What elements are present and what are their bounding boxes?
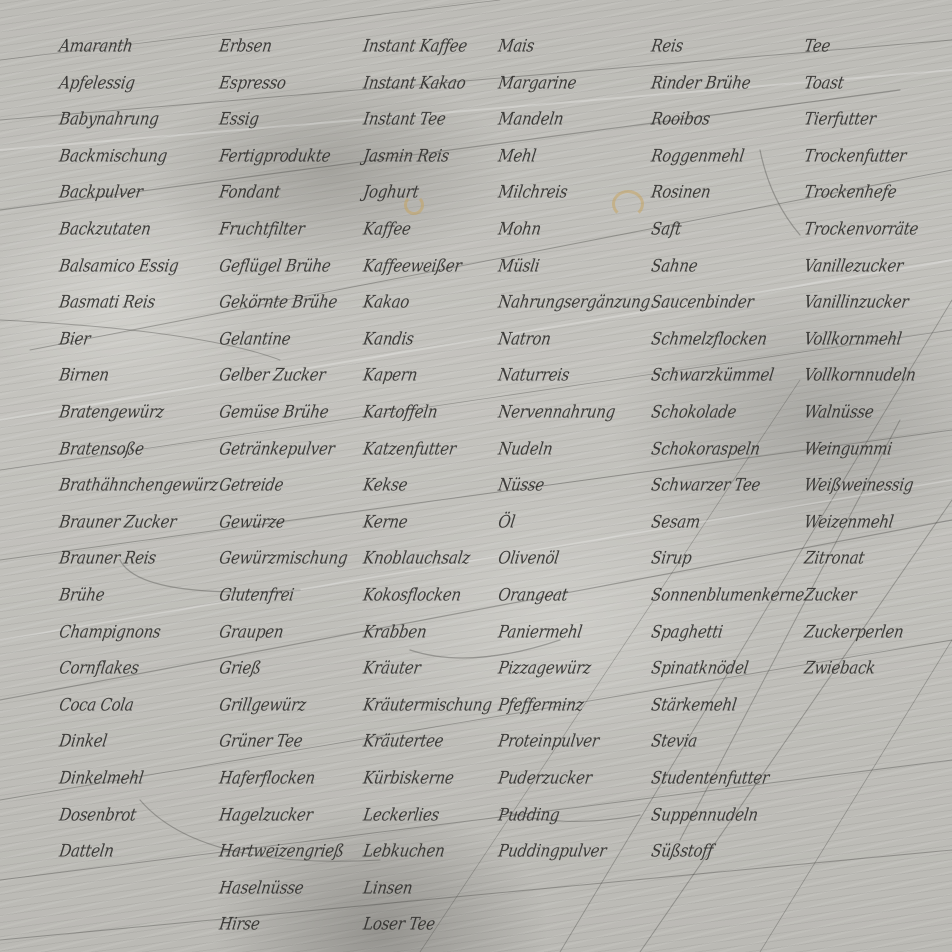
handwritten-word: Milchreis — [497, 182, 569, 203]
handwritten-word: Vollkornmehl — [803, 328, 903, 349]
handwritten-word: Mehl — [497, 145, 537, 166]
handwritten-word: Roggenmehl — [650, 145, 746, 166]
handwritten-word: Babynahrung — [58, 108, 160, 129]
handwritten-word: Nervennahrung — [497, 401, 617, 422]
handwritten-word: Kräutertee — [362, 731, 445, 752]
handwritten-word: Reis — [650, 35, 684, 56]
handwritten-word: Amaranth — [58, 35, 134, 56]
handwritten-word: Kakao — [362, 291, 411, 312]
handwritten-word: Lebkuchen — [362, 840, 446, 861]
handwritten-word: Haferflocken — [218, 767, 316, 788]
handwritten-word: Jasmin Reis — [362, 145, 450, 166]
handwritten-word: Schwarzkümmel — [650, 365, 775, 386]
handwritten-word: Nudeln — [497, 438, 554, 459]
handwritten-word: Gemüse Brühe — [218, 401, 330, 422]
handwritten-word: Brathähnchengewürz — [58, 474, 219, 495]
handwritten-word: Essig — [218, 108, 260, 129]
handwritten-word: Spaghetti — [650, 621, 724, 642]
handwritten-word: Gelantine — [218, 328, 292, 349]
handwritten-word: Weißweinessig — [803, 474, 915, 495]
handwritten-word: Rooibos — [650, 108, 711, 129]
handwritten-word: Walnüsse — [803, 401, 875, 422]
handwritten-word: Kaffee — [362, 218, 412, 239]
handwritten-word: Rosinen — [650, 182, 712, 203]
handwritten-word: Dinkel — [58, 731, 108, 752]
handwritten-word: Trockenfutter — [803, 145, 908, 166]
handwritten-word: Hartweizengrieß — [218, 840, 345, 861]
handwritten-word: Brühe — [58, 584, 106, 605]
handwritten-word: Getränkepulver — [218, 438, 336, 459]
handwritten-word: Kürbiskerne — [362, 767, 455, 788]
handwritten-word: Pudding — [497, 804, 561, 825]
handwritten-word: Mais — [497, 35, 536, 56]
handwritten-word: Bratensoße — [58, 438, 145, 459]
handwritten-word: Champignons — [58, 621, 162, 642]
handwritten-word: Sesam — [650, 511, 701, 532]
handwritten-word: Puddingpulver — [497, 840, 608, 861]
handwritten-word: Rinder Brühe — [650, 72, 752, 93]
handwritten-word: Saucenbinder — [650, 291, 755, 312]
handwritten-word: Vanillezucker — [803, 255, 904, 276]
handwritten-word: Joghurt — [362, 182, 420, 203]
handwritten-word: Hirse — [218, 914, 261, 935]
handwritten-word: Gekörnte Brühe — [218, 291, 339, 312]
handwritten-word: Kräuter — [362, 657, 422, 678]
handwritten-word: Bier — [58, 328, 92, 349]
handwritten-word: Schwarzer Tee — [650, 474, 762, 495]
handwritten-word: Nüsse — [497, 474, 545, 495]
handwritten-word: Dinkelmehl — [58, 767, 145, 788]
handwritten-word: Öl — [497, 511, 516, 532]
handwritten-word: Brauner Reis — [58, 548, 157, 569]
handwritten-word: Vollkornnudeln — [803, 365, 917, 386]
handwritten-word: Hagelzucker — [218, 804, 314, 825]
handwritten-word: Apfelessig — [58, 72, 136, 93]
handwritten-word: Birnen — [58, 365, 110, 386]
handwritten-word: Pfefferminz — [497, 694, 585, 715]
handwritten-word: Cornflakes — [58, 657, 140, 678]
handwritten-word: Schokolade — [650, 401, 738, 422]
handwritten-word: Zwieback — [803, 657, 876, 678]
handwritten-word: Tee — [803, 35, 832, 56]
handwritten-word: Brauner Zucker — [58, 511, 178, 532]
handwritten-word: Instant Kaffee — [362, 35, 468, 56]
handwritten-word: Erbsen — [218, 35, 273, 56]
handwritten-word: Kandis — [362, 328, 415, 349]
handwritten-word: Vanillinzucker — [803, 291, 910, 312]
handwritten-word: Backzutaten — [58, 218, 152, 239]
handwritten-word: Espresso — [218, 72, 287, 93]
handwritten-word: Naturreis — [497, 365, 571, 386]
handwritten-word: Spinatknödel — [650, 657, 750, 678]
handwritten-word: Tierfutter — [803, 108, 877, 129]
handwritten-word: Sahne — [650, 255, 699, 276]
handwritten-word: Kaffeeweißer — [362, 255, 463, 276]
coffee-stain — [612, 190, 644, 218]
handwritten-word: Glutenfrei — [218, 584, 295, 605]
handwritten-word: Datteln — [58, 840, 115, 861]
handwritten-word: Natron — [497, 328, 552, 349]
handwritten-word: Kekse — [362, 474, 409, 495]
handwritten-word: Geflügel Brühe — [218, 255, 332, 276]
handwritten-word: Müsli — [497, 255, 541, 276]
handwritten-word: Instant Tee — [362, 108, 447, 129]
handwritten-word: Studentenfutter — [650, 767, 770, 788]
handwritten-word: Stevia — [650, 731, 699, 752]
handwritten-word: Puderzucker — [497, 767, 593, 788]
handwritten-word: Balsamico Essig — [58, 255, 180, 276]
handwritten-word: Kräutermischung — [362, 694, 493, 715]
handwritten-word: Weizenmehl — [803, 511, 895, 532]
handwritten-word: Dosenbrot — [58, 804, 137, 825]
handwritten-word: Gelber Zucker — [218, 365, 327, 386]
handwritten-word: Margarine — [497, 72, 578, 93]
handwritten-word: Kokosflocken — [362, 584, 462, 605]
handwritten-word: Nahrungsergänzung — [497, 291, 651, 312]
handwritten-word: Fondant — [218, 182, 281, 203]
handwritten-word: Basmati Reis — [58, 291, 156, 312]
handwritten-word: Sirup — [650, 548, 693, 569]
handwritten-word: Gewürzmischung — [218, 548, 349, 569]
handwritten-word: Kapern — [362, 365, 419, 386]
handwritten-word: Paniermehl — [497, 621, 583, 642]
handwritten-word: Suppennudeln — [650, 804, 759, 825]
handwritten-word: Zuckerperlen — [803, 621, 905, 642]
handwritten-word: Fertigprodukte — [218, 145, 332, 166]
handwritten-word: Loser Tee — [362, 914, 436, 935]
handwritten-word: Stärkemehl — [650, 694, 738, 715]
handwritten-word: Trockenhefe — [803, 182, 898, 203]
handwritten-word: Zucker — [803, 584, 858, 605]
handwritten-word: Bratengewürz — [58, 401, 165, 422]
handwritten-word: Schmelzflocken — [650, 328, 768, 349]
handwritten-word: Mohn — [497, 218, 542, 239]
handwritten-word: Mandeln — [497, 108, 565, 129]
handwritten-word: Grüner Tee — [218, 731, 304, 752]
handwritten-word: Katzenfutter — [362, 438, 457, 459]
handwritten-word: Zitronat — [803, 548, 866, 569]
handwritten-word: Trockenvorräte — [803, 218, 920, 239]
handwritten-word: Graupen — [218, 621, 285, 642]
handwritten-word: Süßstoff — [650, 840, 714, 861]
handwritten-word: Proteinpulver — [497, 731, 600, 752]
handwritten-word: Knoblauchsalz — [362, 548, 471, 569]
handwritten-word: Grieß — [218, 657, 262, 678]
handwritten-word: Backmischung — [58, 145, 168, 166]
handwritten-word: Olivenöl — [497, 548, 560, 569]
handwritten-word: Fruchtfilter — [218, 218, 306, 239]
handwritten-word: Weingummi — [803, 438, 893, 459]
handwritten-word: Pizzagewürz — [497, 657, 592, 678]
handwritten-word: Krabben — [362, 621, 428, 642]
handwritten-word: Toast — [803, 72, 845, 93]
handwritten-word: Saft — [650, 218, 683, 239]
handwritten-word: Kartoffeln — [362, 401, 439, 422]
handwritten-word: Leckerlies — [362, 804, 440, 825]
handwritten-word: Haselnüsse — [218, 877, 305, 898]
handwritten-word: Sonnenblumenkerne — [650, 584, 805, 605]
handwritten-word: Coca Cola — [58, 694, 135, 715]
handwritten-word: Kerne — [362, 511, 409, 532]
handwritten-word: Orangeat — [497, 584, 569, 605]
handwritten-word: Instant Kakao — [362, 72, 467, 93]
handwritten-word: Gewürze — [218, 511, 286, 532]
handwritten-word: Schokoraspeln — [650, 438, 761, 459]
handwritten-word: Linsen — [362, 877, 414, 898]
handwritten-word: Grillgewürz — [218, 694, 307, 715]
handwritten-word: Backpulver — [58, 182, 144, 203]
handwritten-word: Getreide — [218, 474, 285, 495]
